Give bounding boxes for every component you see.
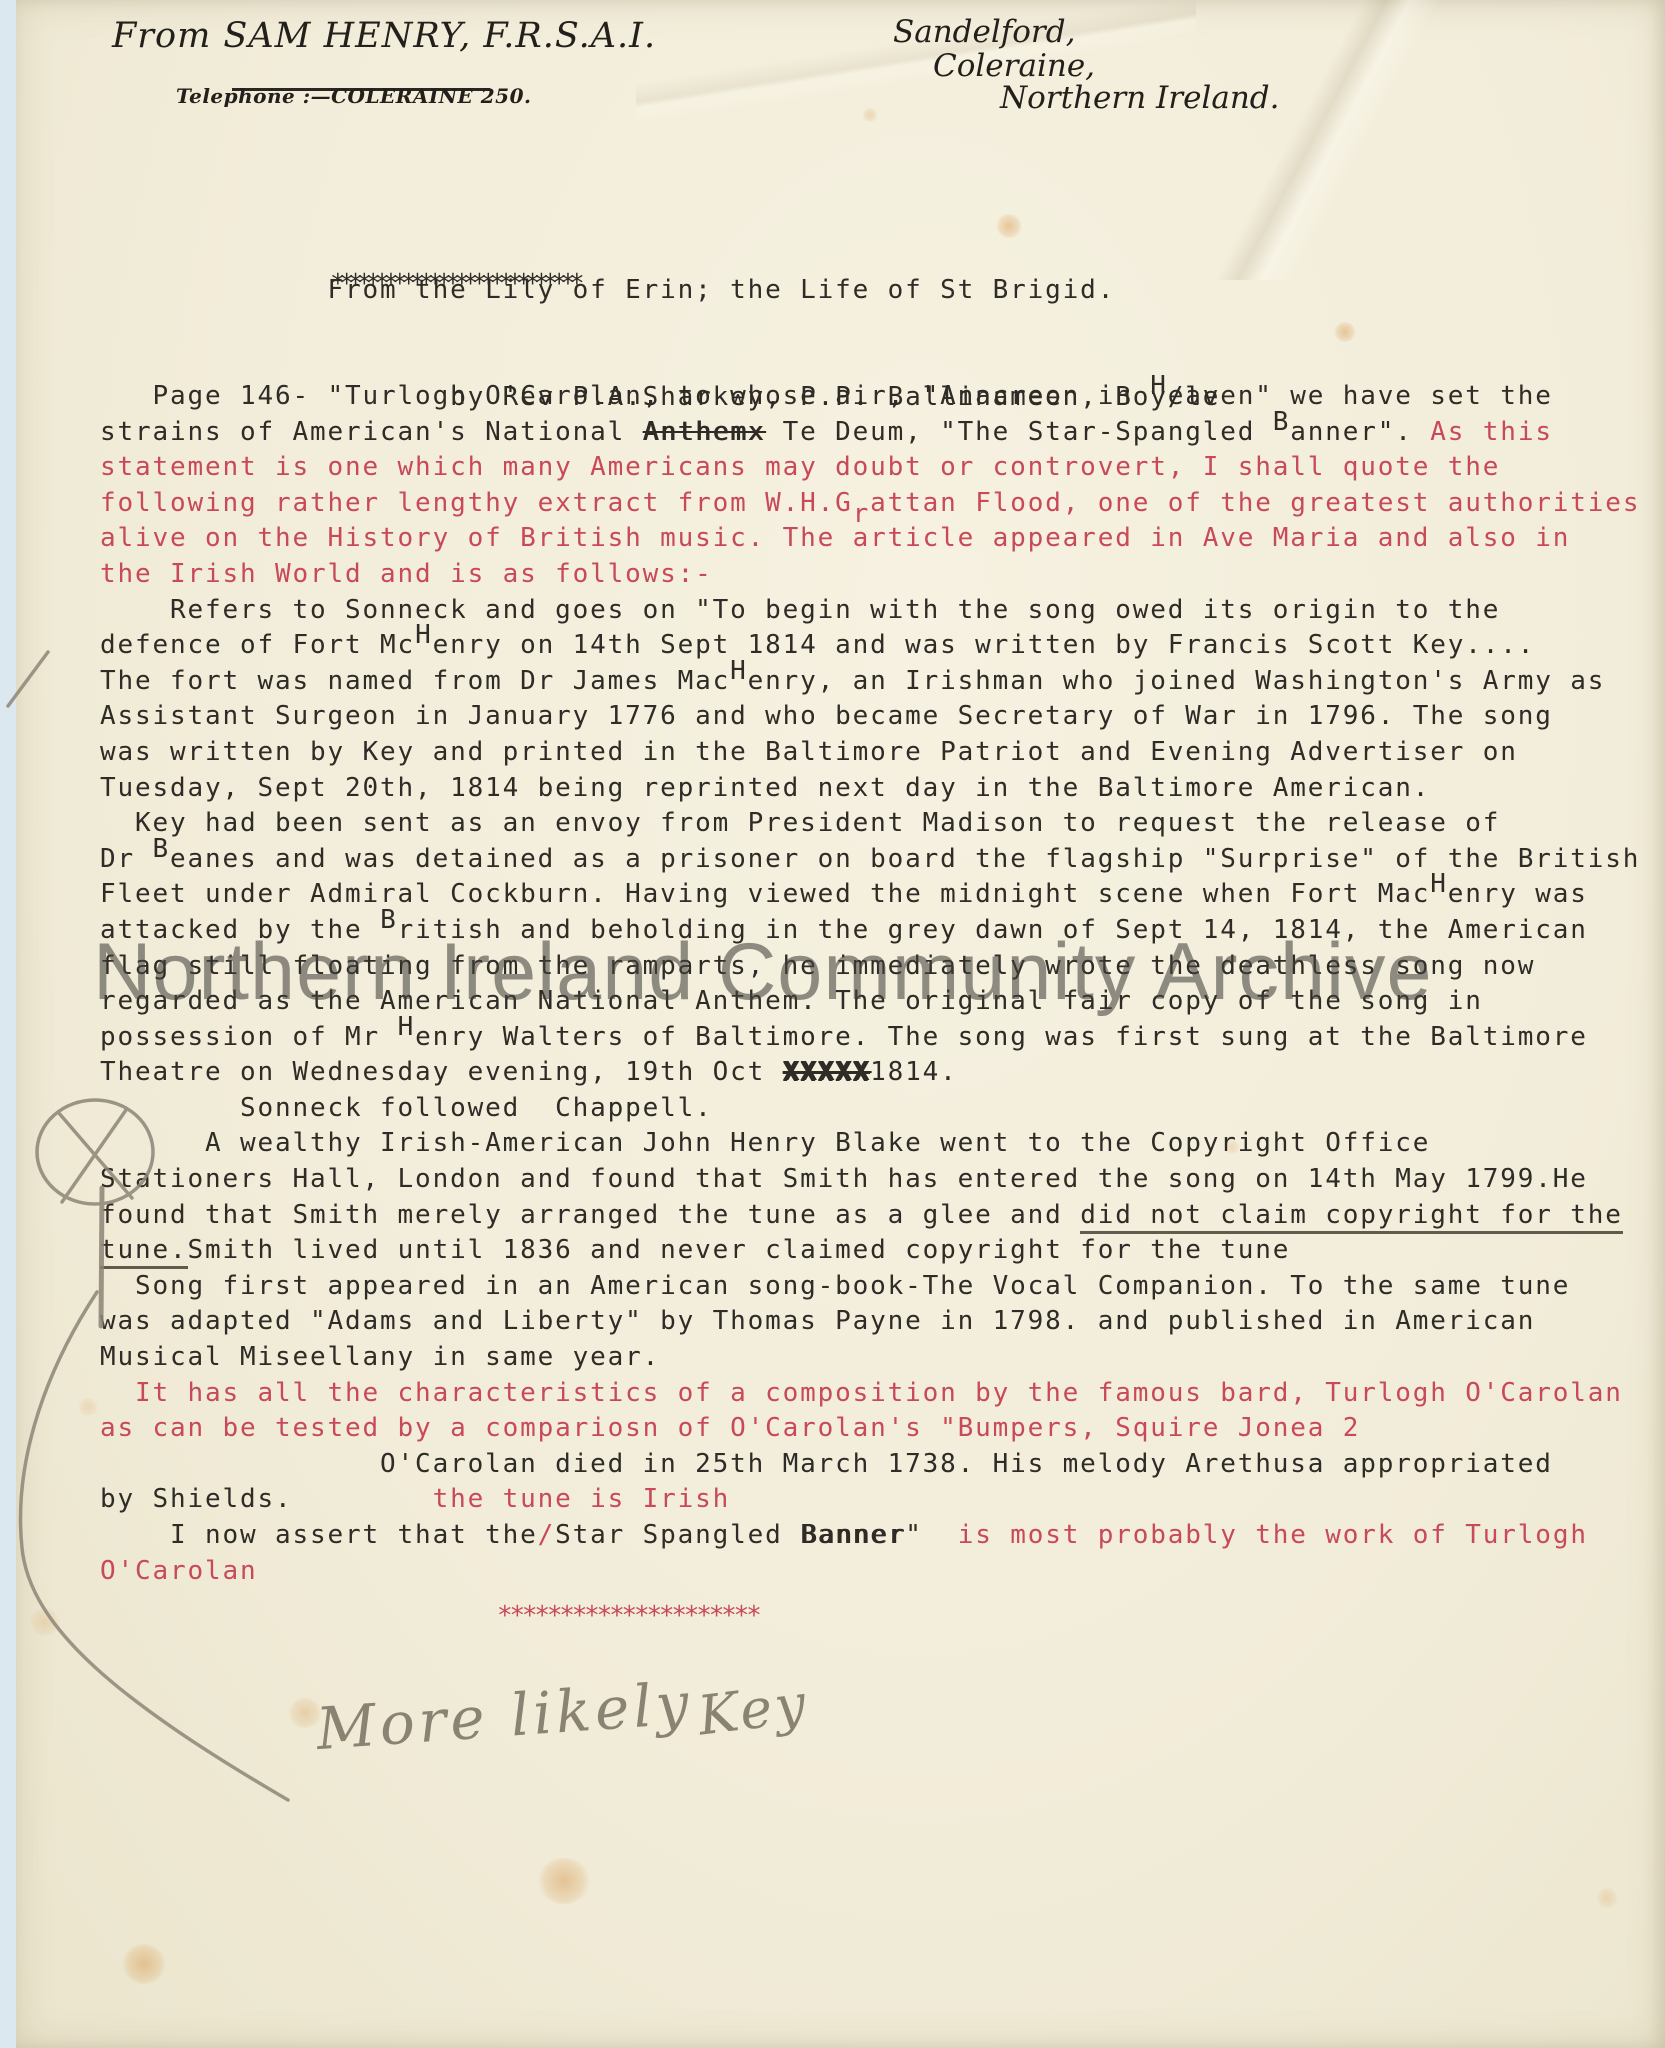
typed-line: O'Carolan died in 25th March 1738. His m… [100,1447,1640,1483]
typed-line: It has all the characteristics of a comp… [100,1376,1640,1412]
typed-line: by Shields. the tune is Irish [100,1482,1640,1518]
typed-line: Page 146- "Turlogh O'Carolan, to whose a… [100,379,1640,415]
typed-line: statement is one which many Americans ma… [100,450,1640,486]
letterhead-telephone: Telephone :—COLERAINE 250. [176,84,531,108]
typed-line: Key had been sent as an envoy from Presi… [100,806,1640,842]
typed-line: Stationers Hall, London and found that S… [100,1162,1640,1198]
typed-line: Assistant Surgeon in January 1776 and wh… [100,699,1640,735]
typed-line: defence of Fort McHenry on 14th Sept 181… [100,628,1640,664]
footer-asterisk-rule: ********************* [497,1601,759,1631]
letterhead-address-line: Northern Ireland. [1000,80,1279,116]
typed-line: tune.Smith lived until 1836 and never cl… [100,1233,1640,1269]
typed-line: found that Smith merely arranged the tun… [100,1198,1640,1234]
typed-line: A wealthy Irish-American John Henry Blak… [100,1126,1640,1162]
typed-line: Sonneck followed Chappell. [100,1091,1640,1127]
letterhead-address-line: Sandelford, [893,14,1075,50]
archive-watermark: Northern Ireland Community Archive [93,926,1653,1019]
typed-line: O'Carolan [100,1554,1640,1590]
typed-line: I now assert that the/Star Spangled Bann… [100,1518,1640,1554]
typed-line: Refers to Sonneck and goes on "To begin … [100,593,1640,629]
handwritten-note-key: Key [695,1672,812,1748]
typed-line: Tuesday, Sept 20th, 1814 being reprinted… [100,771,1640,807]
typed-line: Song first appeared in an American song-… [100,1269,1640,1305]
letterhead-sender: From SAM HENRY, F.R.S.A.I. [112,16,656,56]
typed-line: was adapted "Adams and Liberty" by Thoma… [100,1304,1640,1340]
foxing-spot [862,108,878,122]
typed-line: Musical Miseellany in same year. [100,1340,1640,1376]
typed-line: strains of American's National Anthemx T… [100,415,1640,451]
typed-line: the Irish World and is as follows:- [100,557,1640,593]
typed-line: Theatre on Wednesday evening, 19th Oct X… [100,1055,1640,1091]
foxing-spot [1596,1888,1618,1908]
foxing-spot [78,1398,98,1416]
foxing-spot [538,1858,590,1904]
typed-line: possession of Mr Henry Walters of Baltim… [100,1020,1640,1056]
typed-line: as can be tested by a compariosn of O'Ca… [100,1411,1640,1447]
typed-line: The fort was named from Dr James MacHenr… [100,664,1640,700]
typed-line: alive on the History of British music. T… [100,521,1640,557]
letterhead-address-line: Coleraine, [933,48,1095,84]
title-line: From the Lily of Erin; the Life of St Br… [100,273,1220,309]
foxing-spot [30,1608,60,1636]
scanned-letter: From SAM HENRY, F.R.S.A.I. Telephone :—C… [0,0,1665,2048]
typed-line: was written by Key and printed in the Ba… [100,735,1640,771]
typed-line: Dr Beanes and was detained as a prisoner… [100,842,1640,878]
title-asterisk-rule: **************************** [330,269,578,299]
typed-line: Fleet under Admiral Cockburn. Having vie… [100,877,1640,913]
typed-line: following rather lengthy extract from W.… [100,486,1640,522]
foxing-spot [1334,322,1356,342]
foxing-spot [122,1944,166,1984]
